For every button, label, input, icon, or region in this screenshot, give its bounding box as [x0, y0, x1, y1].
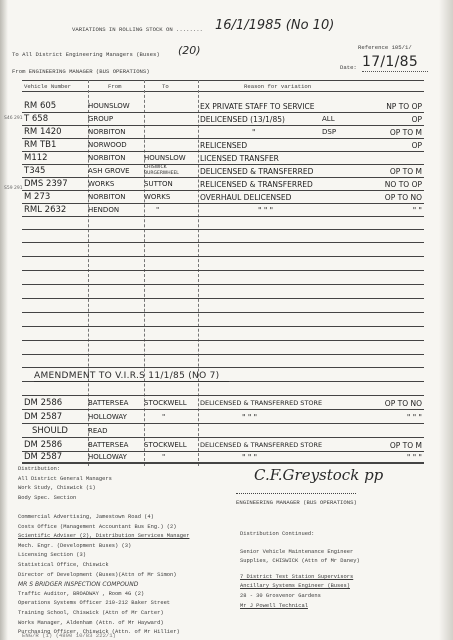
- to-garage: ": [156, 204, 208, 217]
- row-rule: [22, 354, 424, 355]
- row-rule: [22, 395, 424, 396]
- to-garage: [144, 139, 196, 152]
- vehicle-number: DM 2586: [24, 397, 86, 410]
- to-garage: SUTTON: [144, 178, 196, 191]
- row-rule: [22, 284, 424, 285]
- from-garage: NORBITON: [88, 152, 142, 165]
- table-row: M 273 NORBITON WORKS OVERHAUL DELICENSED…: [22, 191, 424, 204]
- table-row: RML 2632 HENDON " " " " " ": [22, 204, 424, 217]
- header-bottom-rule: [22, 91, 424, 92]
- vehicle-number: T345: [24, 165, 86, 178]
- page-edge-shadow-right: [439, 0, 453, 640]
- document-title: VARIATIONS IN ROLLING STOCK ON ........: [72, 26, 203, 33]
- distribution-item: Supplies, CHISWICK (Attn of Mr Daney): [240, 557, 360, 567]
- date-label: Date:: [340, 64, 357, 71]
- table-row: T345 ASH GROVE CHISWICK BURGERWHEEL DELI…: [22, 165, 424, 178]
- distribution-item: 7 District Test Station Supervisors: [240, 573, 360, 583]
- from-garage: NORBITON: [88, 191, 142, 204]
- row-rule: [22, 340, 424, 341]
- distribution-item: 28 - 30 Grosvenor Gardens: [240, 592, 360, 602]
- form-footer-code: ENG/R (1) (4890 10/83 222/1): [22, 632, 116, 639]
- status-code: Op to NO: [352, 397, 422, 410]
- to-line: To All District Engineering Managers (Bu…: [12, 51, 160, 58]
- status-code: OP to M: [352, 126, 422, 139]
- amendment-row: DM 2587 HOLLOWAY " " " " " " ": [22, 451, 424, 464]
- status-code: OP: [352, 139, 422, 152]
- vehicle-number: M112: [24, 152, 86, 165]
- table-row: RM TB1 NORWOOD RELICENSED OP: [22, 139, 424, 152]
- vehicle-number: RM 605: [24, 100, 86, 113]
- to-garage: [144, 100, 196, 113]
- row-rule: [22, 298, 424, 299]
- table-row: RM 605 HOUNSLOW EX PRIVATE STAFF TO SERV…: [22, 100, 424, 113]
- row-rule: [22, 312, 424, 313]
- distribution-item: All District General Managers: [18, 475, 189, 485]
- distribution-continued-list: Distribution Continued: Senior Vehicle M…: [240, 530, 360, 611]
- row-rule: [22, 242, 424, 243]
- row-rule: [22, 256, 424, 257]
- vehicle-number: RM 1420: [24, 126, 86, 139]
- from-garage: NORWOOD: [88, 139, 142, 152]
- distribution-item: Operations Systems Officer 210-212 Baker…: [18, 599, 189, 609]
- vehicle-number: T 658: [24, 113, 86, 126]
- date-dotted-line: [362, 71, 428, 72]
- status-code: " " ": [352, 451, 422, 464]
- table-row: M112 NORBITON HOUNSLOW LICENSED TRANSFER: [22, 152, 424, 165]
- vehicle-number: M 273: [24, 191, 86, 204]
- from-garage: HOUNSLOW: [88, 100, 142, 113]
- vehicle-number: DMS 2397: [24, 178, 86, 191]
- table-row: RM 1420 NORBITON " DSP OP to M: [22, 126, 424, 139]
- distribution-item: Statistical Office, Chiswick: [18, 561, 189, 571]
- status-code: " " ": [352, 411, 422, 424]
- column-header-to: To: [162, 83, 169, 90]
- distribution-item: Ancillary Systems Engineer (Buses): [240, 582, 360, 592]
- column-header-vehicle: Vehicle Number: [24, 83, 71, 90]
- distribution-item: Work Study, Chiswick (1): [18, 484, 189, 494]
- vehicle-number: RML 2632: [24, 204, 86, 217]
- margin-note: S59 291: [4, 186, 23, 191]
- from-garage: WORKS: [88, 178, 142, 191]
- column-header-from: From: [108, 83, 121, 90]
- page-edge-shadow-left: [0, 0, 8, 640]
- distribution-item: Senior Vehicle Maintenance Engineer: [240, 548, 360, 558]
- distribution-item: Traffic Auditor, BROADWAY , Room 4G (2): [18, 590, 189, 600]
- to-garage: ": [162, 451, 214, 464]
- to-garage: HOUNSLOW: [144, 152, 196, 165]
- row-rule: [22, 270, 424, 271]
- to-count-handwritten: (20): [178, 44, 201, 57]
- spacer: [18, 503, 189, 513]
- status-code: [352, 152, 422, 165]
- to-garage: STOCKWELL: [144, 397, 196, 410]
- margin-note: S46 291: [4, 116, 23, 121]
- distribution-item: Works Manager, Aldenham (Attn. of Mr Hay…: [18, 619, 189, 629]
- to-garage: WORKS: [144, 191, 196, 204]
- title-date-handwritten: 16/1/1985 (No 10): [215, 18, 334, 33]
- distribution-heading: Distribution:: [18, 465, 189, 475]
- status-code: Op to M: [352, 165, 422, 178]
- distribution-item: Scientific Adviser (2), Distribution Ser…: [18, 532, 189, 542]
- amendment-row: SHOULD READ: [22, 425, 424, 438]
- amendment-title: AMENDMENT TO V.I.R.S 11/1/85 (No 7): [34, 371, 229, 382]
- status-code: Op to NO: [352, 191, 422, 204]
- vehicle-number: DM 2587: [24, 411, 86, 424]
- amendment-row: DM 2587 HOLLOWAY " " " " " " ": [22, 411, 424, 424]
- distribution-list: Distribution: All District General Manag…: [18, 465, 189, 638]
- distribution-item: Commercial Advertising, Jamestown Road (…: [18, 513, 189, 523]
- reference-label: Reference 105/1/: [358, 44, 412, 51]
- to-garage: CHISWICK BURGERWHEEL: [144, 165, 196, 178]
- from-line: From ENGINEERING MANAGER (BUS OPERATIONS…: [12, 68, 150, 75]
- table-top-rule: [22, 80, 424, 81]
- distribution-item: Mr J Powell Technical: [240, 602, 360, 612]
- table-row: T 658 GROUP DELICENSED (13/1/85) ALL OP: [22, 113, 424, 126]
- table-row: DMS 2397 WORKS SUTTON RELICENSED & TRANS…: [22, 178, 424, 191]
- from-garage: NORBITON: [88, 126, 142, 139]
- from-garage: ASH GROVE: [88, 165, 142, 178]
- row-rule: [22, 229, 424, 230]
- from-garage: HOLLOWAY: [88, 451, 142, 464]
- column-header-reason: Reason for variation: [244, 83, 311, 90]
- row-rule: [22, 326, 424, 327]
- distribution-item: Mech. Engr. (Development Buses) (3): [18, 542, 189, 552]
- date-value-handwritten: 17/1/85: [362, 54, 418, 70]
- read-label: READ: [88, 425, 142, 438]
- signature-line: [236, 493, 356, 494]
- from-garage: HENDON: [88, 204, 142, 217]
- district-note: ALL: [322, 113, 335, 126]
- signature: C.F.Greystock pp: [254, 466, 383, 484]
- distribution-item: Training School, Chiswick (Attn of Mr Ca…: [18, 609, 189, 619]
- distribution-item: Director of Development (Buses)(Attn of …: [18, 571, 189, 581]
- distribution-item-handwritten: MR S BRIDGER INSPECTION COMPOUND: [18, 580, 189, 590]
- vehicle-number: RM TB1: [24, 139, 86, 152]
- row-rule: [22, 367, 424, 368]
- vehicle-number: DM 2587: [24, 451, 86, 464]
- status-code: NO to OP: [352, 178, 422, 191]
- from-garage: BATTERSEA: [88, 397, 142, 410]
- distribution-item: Costs Office (Management Accountant Bus …: [18, 523, 189, 533]
- status-code: NP to OP: [352, 100, 422, 113]
- to-garage: ": [162, 411, 214, 424]
- status-code: " ": [352, 204, 422, 217]
- distribution-item: Body Spec. Section: [18, 494, 189, 504]
- from-garage: GROUP: [88, 113, 142, 126]
- document-page: VARIATIONS IN ROLLING STOCK ON ........ …: [0, 0, 453, 640]
- should-label: SHOULD: [32, 425, 94, 438]
- district-note: DSP: [322, 126, 336, 139]
- signature-title: ENGINEERING MANAGER (BUS OPERATIONS): [236, 499, 357, 506]
- from-garage: HOLLOWAY: [88, 411, 142, 424]
- distribution-item: Licensing Section (3): [18, 551, 189, 561]
- status-code: OP: [352, 113, 422, 126]
- amendment-row: DM 2586 BATTERSEA STOCKWELL DELICENSED &…: [22, 397, 424, 410]
- to-garage: [144, 113, 196, 126]
- spacer: [240, 540, 360, 548]
- to-garage: [144, 126, 196, 139]
- distribution-continued-heading: Distribution Continued:: [240, 530, 360, 540]
